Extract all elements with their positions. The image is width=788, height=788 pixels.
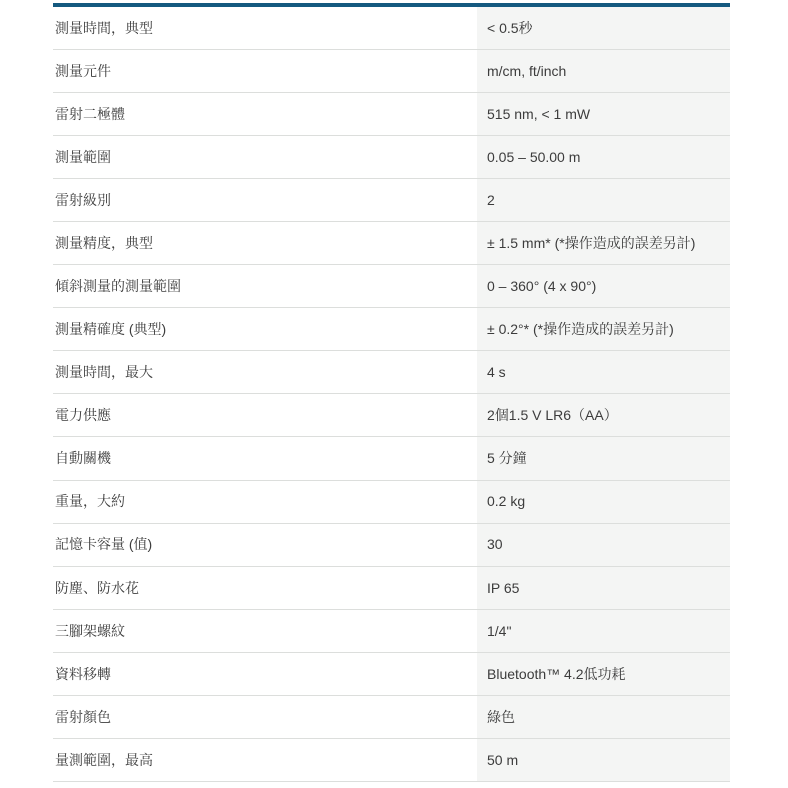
spec-label: 測量範圍	[53, 136, 477, 178]
spec-row: 三腳架螺紋 1/4"	[53, 610, 730, 653]
spec-label: 量測範圍，最高	[53, 739, 477, 781]
spec-row: 測量時間，典型 < 0.5秒	[53, 7, 730, 50]
spec-row: 資料移轉 Bluetooth™ 4.2低功耗	[53, 653, 730, 696]
spec-value: Bluetooth™ 4.2低功耗	[477, 653, 730, 695]
spec-row: 雷射顏色 綠色	[53, 696, 730, 739]
spec-value: < 0.5秒	[477, 7, 730, 49]
spec-label: 雷射級別	[53, 179, 477, 221]
spec-value: 0.2 kg	[477, 481, 730, 523]
spec-row: 測量範圍 0.05 – 50.00 m	[53, 136, 730, 179]
spec-row: 記憶卡容量 (值) 30	[53, 524, 730, 567]
spec-label: 三腳架螺紋	[53, 610, 477, 652]
spec-label: 測量時間，最大	[53, 351, 477, 393]
spec-value: 5 分鐘	[477, 437, 730, 479]
spec-row: 電力供應 2個1.5 V LR6（AA）	[53, 394, 730, 437]
spec-row: 測量精確度 (典型) ± 0.2°* (*操作造成的誤差另計)	[53, 308, 730, 351]
spec-label: 測量時間，典型	[53, 7, 477, 49]
spec-rows: 測量時間，典型 < 0.5秒 測量元件 m/cm, ft/inch 雷射二極體 …	[53, 7, 730, 782]
spec-table: 測量時間，典型 < 0.5秒 測量元件 m/cm, ft/inch 雷射二極體 …	[53, 3, 730, 782]
spec-label: 雷射二極體	[53, 93, 477, 135]
spec-row: 防塵、防水花 IP 65	[53, 567, 730, 610]
spec-row: 雷射級別 2	[53, 179, 730, 222]
spec-value: 50 m	[477, 739, 730, 781]
spec-label: 資料移轉	[53, 653, 477, 695]
spec-row: 測量元件 m/cm, ft/inch	[53, 50, 730, 93]
spec-value: 綠色	[477, 696, 730, 738]
spec-label: 自動關機	[53, 437, 477, 479]
spec-value: 0 – 360° (4 x 90°)	[477, 265, 730, 307]
spec-label: 防塵、防水花	[53, 567, 477, 609]
spec-label: 傾斜測量的測量範圍	[53, 265, 477, 307]
spec-label: 電力供應	[53, 394, 477, 436]
spec-value: 2	[477, 179, 730, 221]
spec-label: 重量，大約	[53, 481, 477, 523]
spec-label: 測量精度，典型	[53, 222, 477, 264]
spec-value: 4 s	[477, 351, 730, 393]
spec-value: 0.05 – 50.00 m	[477, 136, 730, 178]
spec-row: 雷射二極體 515 nm, < 1 mW	[53, 93, 730, 136]
spec-label: 測量精確度 (典型)	[53, 308, 477, 350]
spec-label: 雷射顏色	[53, 696, 477, 738]
spec-value: 30	[477, 524, 730, 566]
spec-value: IP 65	[477, 567, 730, 609]
spec-row: 測量時間，最大 4 s	[53, 351, 730, 394]
spec-value: ± 1.5 mm* (*操作造成的誤差另計)	[477, 222, 730, 264]
spec-value: 2個1.5 V LR6（AA）	[477, 394, 730, 436]
spec-value: 1/4"	[477, 610, 730, 652]
spec-value: m/cm, ft/inch	[477, 50, 730, 92]
spec-value: 515 nm, < 1 mW	[477, 93, 730, 135]
spec-row: 傾斜測量的測量範圍 0 – 360° (4 x 90°)	[53, 265, 730, 308]
spec-row: 量測範圍，最高 50 m	[53, 739, 730, 782]
spec-row: 測量精度，典型 ± 1.5 mm* (*操作造成的誤差另計)	[53, 222, 730, 265]
spec-row: 自動關機 5 分鐘	[53, 437, 730, 480]
spec-label: 測量元件	[53, 50, 477, 92]
spec-row: 重量，大約 0.2 kg	[53, 481, 730, 524]
spec-value: ± 0.2°* (*操作造成的誤差另計)	[477, 308, 730, 350]
spec-label: 記憶卡容量 (值)	[53, 524, 477, 566]
